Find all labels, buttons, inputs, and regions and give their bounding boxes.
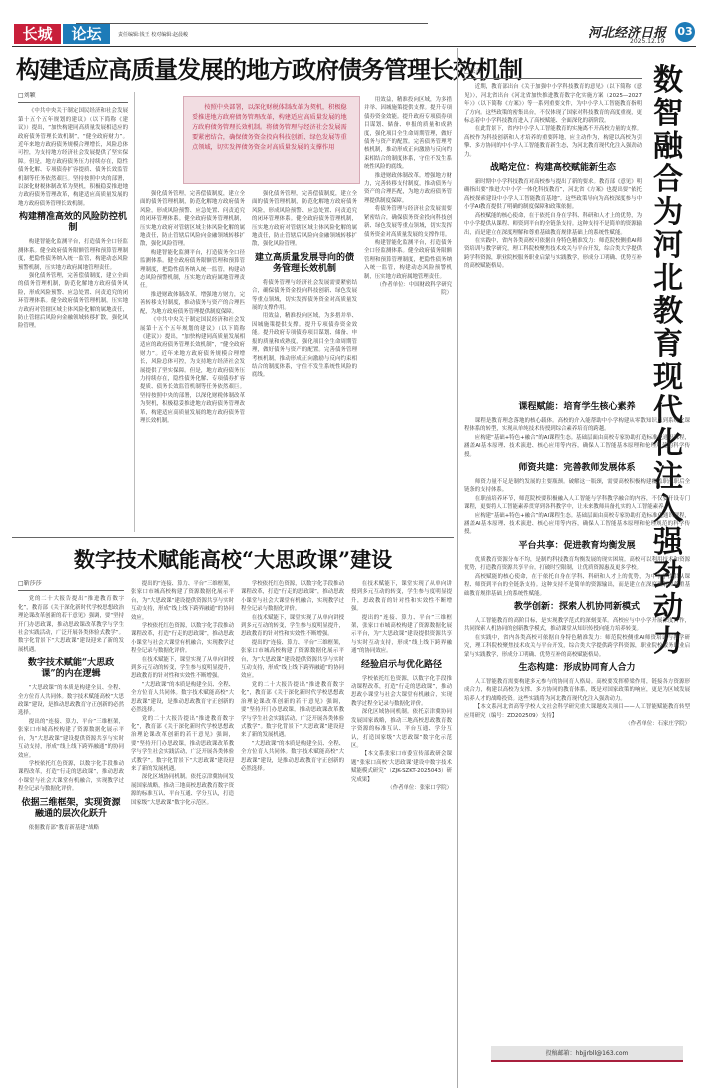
header-divider <box>12 46 696 47</box>
article3-paragraph: 应构建“基础+特色+融合”的AI课程生态。基础层面由高校专家协助打造标准化通识课… <box>464 434 690 459</box>
article1-column-4: 用效益，精准投向区域，为多措并举、因城施策提供支撑。提升专项债券资金效能。提升政… <box>364 96 452 532</box>
article2-paragraph: “大思政课”的本质是构建全员、全程、全方位育人共同体。数字技术赋能高校“大思政课… <box>131 681 234 715</box>
article1-paragraph: 强化债务管理，完善偿债制度，建立全面的债务管理机制，防范化解地方政府债务风险，形… <box>140 190 245 249</box>
article3-subheading-teaching: 教学创新：探索人机协同新模式 <box>464 602 690 613</box>
article2-paragraph: 学校依托红色资源，以数字化手段推动课程改革，打造“行走的思政课”，推动思政小课堂… <box>18 760 124 794</box>
article2-paragraph: 学校依托红色资源，以数字化手段推动课程改革，打造“行走的思政课”，推动思政小课堂… <box>241 580 344 614</box>
article2-paragraph: 在技术赋能下，课堂实现了从单向讲授到多元互动的转变，学生参与度明显提升，思政教育… <box>241 614 344 639</box>
article2-funding-note: 【本文系张家口市委宣传部政研会课题“张家口高校‘大思政课’建设中数字技术赋能模式… <box>351 750 452 784</box>
article3-paragraph: 人工智能教育需要构建多元参与的协同育人格局。高校要发挥桥梁作用，链接各方资源形成… <box>464 678 690 703</box>
article2-paragraph: 党的二十大报告提出“推进教育数字化”，教育部《关于深化新时代学校思想政治理论课改… <box>18 595 124 654</box>
article3-paragraph: 课程是教育理念落地的核心载体。高校的介入能帮助中小学构建从零散知识点到系统化课程… <box>464 417 690 434</box>
article2-paragraph: 深化区域协同机制。依托京津冀协同发展国家战略，推动三地高校思政教育数字资源的标准… <box>131 773 234 807</box>
article2-subheading-insights: 经验启示与优化路径 <box>351 660 452 671</box>
section-tag-luntan: 论坛 <box>63 24 110 44</box>
article2-paragraph: “大思政课”的本质是构建全员、全程、全方位育人共同体。数字技术赋能高校“大思政课… <box>241 740 344 774</box>
article1-column-2: 强化债务管理，完善偿债制度，建立全面的债务管理机制，防范化解地方政府债务风险，形… <box>140 190 245 532</box>
article1-paragraph: 将债务管理与经济社会发展需要紧密结合，确保债务资金投向科技创新、绿色发展等重点领… <box>364 205 452 239</box>
article2-paragraph: 提出的“连接、算力、平台”三维框架，张家口市城高校构建了资源数据化展示平台，为“… <box>131 580 234 622</box>
article3-column-bottom: 课程赋能：培育学生核心素养 课程是教育理念落地的核心载体。高校的介入能帮助中小学… <box>464 398 690 1043</box>
article1-paragraph: 强化债务管理，完善偿债制度，建立全面的债务管理机制，防范化解地方政府债务风险，形… <box>18 272 128 331</box>
article2-author-unit: （作者单位：张家口学院） <box>351 784 452 792</box>
article3-subheading-curriculum: 课程赋能：培育学生核心素养 <box>464 402 690 413</box>
article3-subheading-platform: 平台共享：促进教育均衡发展 <box>464 541 690 552</box>
article1-paragraph: 构建智能化监测平台，打造债务全口径监测体系。健全政府债务限额管理和预算管理制度，… <box>18 238 128 272</box>
column-divider <box>134 92 135 532</box>
article2-paragraph: 在技术赋能下，课堂实现了从单向讲授到多元互动的转变，学生参与度明显提升，思政教育… <box>351 580 452 614</box>
editors-credit: 责任编辑:钱王 校对编辑:赵晨峻 <box>118 31 188 38</box>
article1-author-unit: （作者单位：中国财政科学研究院） <box>364 281 452 298</box>
article2-paragraph: 提出的“连接、算力、平台”三维框架，张家口市城高校构建了资源数据化展示平台，为“… <box>351 614 452 656</box>
article3-paragraph: 人工智能教育的高阶目标，是实现教学范式的深刻变革。高校应与中小学开展深度合作，共… <box>464 617 690 634</box>
article1-paragraph: 《中共中央关于制定国民经济和社会发展第十五个五年规划的建议》（以下简称《建议》）… <box>18 107 128 208</box>
article1-byline: □刘颖 <box>18 92 128 103</box>
article2-paragraph: 学校依托红色资源，以数字化手段推动课程改革，打造“行走的思政课”，推动思政小课堂… <box>131 622 234 656</box>
article3-paragraph: 高校赋能的核心使命，在于依托自身在学科、科研和人才上的优势，为中小学提供从课程、… <box>464 573 690 598</box>
article2-paragraph: 学校依托红色资源，以数字化手段推动课程改革，打造“行走的思政课”，推动思政小课堂… <box>351 675 452 709</box>
article3-paragraph: 在职前培养环节，师范院校要积极融入人工智能与学科教学融合的内容，不仅要开设专门课… <box>464 495 690 512</box>
article1-headline: 构建适应高质量发展的地方政府债务管理长效机制 <box>16 50 446 85</box>
article1-column-1: □刘颖 《中共中央关于制定国民经济和社会发展第十五个五年规划的建议》（以下简称《… <box>18 92 128 532</box>
article1-paragraph: 构建智能化监测平台，打造债务全口径监测体系。健全政府债务限额管理和预算管理制度，… <box>140 249 245 291</box>
article3-paragraph: 在此背景下，省内中小学人工智能教育的实施离不开高校力量的支撑。高校作为科技创新和… <box>464 125 642 159</box>
article1-subheading-growth: 建立高质量发展导向的债务管理长效机制 <box>252 253 357 275</box>
article3-funding-note: 【本文系河北省高等学校人文社会科学研究重大课题攻关项目——人工智能赋能教育转型应… <box>464 703 690 720</box>
article1-paragraph: 用效益，精准投向区域，为多措并举、因城施策提供支撑。提升专项债券资金效能。提升政… <box>364 96 452 172</box>
article2-subheading-framework: 依据三维框架，实现资源融通的层次化跃升 <box>18 798 124 820</box>
section-tag-changcheng: 长城 <box>14 24 61 44</box>
article3-paragraph: 在实践中，省内各类高校可依据自身特色精准发力：师范院校侧重AI师资培训与教学研究… <box>464 634 690 659</box>
masthead: 长城 论坛 责任编辑:钱王 校对编辑:赵晨峻 河北经济日报 03 2025.12… <box>0 22 708 44</box>
article3-paragraph: 新时期中小学科技教育对高校参与提出了新的要求。教育部《意见》明确指出要“推进大中… <box>464 178 642 212</box>
article-separator <box>12 537 454 538</box>
article3-paragraph: 优质教育资源分布不均，是制约科技教育均衡发展的现实困境。高校可以利用技术和资源优… <box>464 556 690 573</box>
article1-paragraph: 将债务管理与经济社会发展需要紧密结合，确保债务资金投向科技创新、绿色发展等重点领… <box>252 279 357 313</box>
article2-column-1: □靳莎莎 党的二十大报告提出“推进教育数字化”，教育部《关于深化新时代学校思想政… <box>18 580 124 1085</box>
article3-paragraph: 高校赋能的核心使命，在于依托自身在学科、科研和人才上的优势，为中小学提供从课程、… <box>464 212 642 237</box>
article3-paragraph: 在实践中，省内各类高校可依据自身特色精准发力：师范院校侧重AI师资培训与教学研究… <box>464 237 642 271</box>
article2-paragraph: 依据教育部“教育新基建”战略 <box>18 824 124 832</box>
article3-byline: □张杰 <box>464 68 642 79</box>
article2-column-3: 学校依托红色资源，以数字化手段推动课程改革，打造“行走的思政课”，推动思政小课堂… <box>241 580 344 1085</box>
article2-column-2: 提出的“连接、算力、平台”三维框架，张家口市城高校构建了资源数据化展示平台，为“… <box>131 580 234 1085</box>
article2-byline: □靳莎莎 <box>18 580 124 591</box>
article2-paragraph: “大思政课”的本质是构建全员、全程、全方位育人共同体。数字技术赋能高校“大思政课… <box>18 684 124 718</box>
article3-paragraph: 应构建“基础+特色+融合”的AI课程生态。基础层面由高校专家协助打造标准化通识课… <box>464 512 690 537</box>
article2-subheading-logic: 数字技术赋能“大思政课”的内在逻辑 <box>18 658 124 680</box>
article2-paragraph: 提出的“连接、算力、平台”三维框架，张家口市城高校构建了资源数据化展示平台，为“… <box>18 718 124 760</box>
article1-pull-quote: 按照中央部署，以深化财税体制改革为契机，积极稳妥推进地方政府债务管理改革，构建适… <box>183 96 360 184</box>
article3-paragraph: 近期，教育部出台《关于加强中小学科技教育的意见》（以下简称《意见》），河北省出台… <box>464 83 642 125</box>
article2-paragraph: 深化区域协同机制。依托京津冀协同发展国家战略，推动三地高校思政教育数字资源的标准… <box>351 708 452 750</box>
article2-paragraph: 党的二十大报告提出“推进教育数字化”，教育部《关于深化新时代学校思想政治理论课改… <box>131 715 234 774</box>
article1-paragraph: 《中共中央关于制定国民经济和社会发展第十五个五年规划的建议》（以下简称《建议》）… <box>140 316 245 425</box>
article1-subheading-risk: 构建精准高效的风险防控机制 <box>18 212 128 234</box>
article2-paragraph: 提出的“连接、算力、平台”三维框架，张家口市城高校构建了资源数据化展示平台，为“… <box>241 639 344 681</box>
article1-paragraph: 强化债务管理，完善偿债制度，建立全面的债务管理机制，防范化解地方政府债务风险，形… <box>252 190 357 249</box>
article3-paragraph: 师资力量不足是制约发展的主要瓶颈。破解这一瓶颈，需要高校积极构建覆盖职前职后全链… <box>464 478 690 495</box>
submission-email-bar: 投稿邮箱：hbjjrbll@163.com <box>491 1046 683 1062</box>
issue-date: 2025.12.19 <box>630 38 664 45</box>
article3-column-top: □张杰 近期，教育部出台《关于加强中小学科技教育的意见》（以下简称《意见》），河… <box>464 68 642 398</box>
article3-subheading-teachers: 师资共建：完善教师发展体系 <box>464 463 690 474</box>
article1-paragraph: 推进财政体制改革。增强地方财力，完善转移支付制度，推动债务与资产的合理匹配，为地… <box>364 172 452 206</box>
article2-headline: 数字技术赋能高校“大思政课”建设 <box>28 544 438 574</box>
article3-subheading-ecosystem: 生态构建：形成协同育人合力 <box>464 663 690 674</box>
masthead-rule <box>76 23 428 24</box>
article2-column-4: 在技术赋能下，课堂实现了从单向讲授到多元互动的转变，学生参与度明显提升，思政教育… <box>351 580 452 1085</box>
article1-paragraph: 推进财政体制改革。增强地方财力，完善转移支付制度，推动债务与资产的合理匹配，为地… <box>140 291 245 316</box>
article1-paragraph: 构建智能化监测平台，打造债务全口径监测体系。健全政府债务限额管理和预算管理制度，… <box>364 239 452 281</box>
article2-paragraph: 党的二十大报告提出“推进教育数字化”，教育部《关于深化新时代学校思想政治理论课改… <box>241 681 344 740</box>
article1-paragraph: 用效益，精准投向区域，为多措并举、因城施策提供支撑。提升专项债券资金效能。提升政… <box>252 312 357 379</box>
article2-paragraph: 在技术赋能下，课堂实现了从单向讲授到多元互动的转变，学生参与度明显提升，思政教育… <box>131 656 234 681</box>
article3-subheading-strategy: 战略定位：构建高校赋能新生态 <box>464 163 642 174</box>
article3-author-unit: （作者单位：石家庄学院） <box>464 720 690 728</box>
article1-column-3: 强化债务管理，完善偿债制度，建立全面的债务管理机制，防范化解地方政府债务风险，形… <box>252 190 357 532</box>
page-number-badge: 03 <box>675 22 695 42</box>
